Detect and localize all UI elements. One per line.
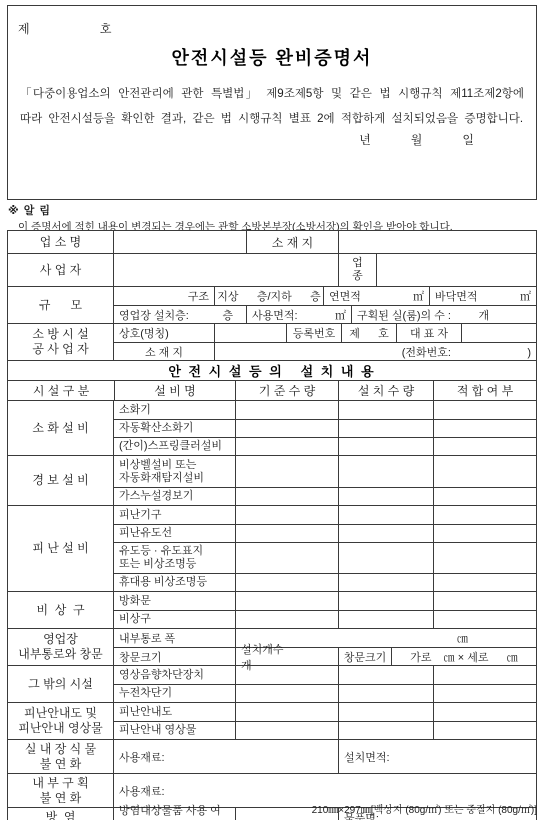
compliance-cell xyxy=(433,685,536,702)
form-title: 안전시설등 완비증명서 xyxy=(8,44,536,70)
registration-number-field: 제 호 xyxy=(341,324,396,342)
window-count-field: 설치개수 개 xyxy=(235,648,338,665)
notice-title: ※ 알 림 xyxy=(8,202,536,218)
use-area-unit: ㎡ xyxy=(335,307,346,323)
installed-qty-cell xyxy=(338,543,433,573)
equipment-name: (간이)스프링클러설비 xyxy=(114,438,235,455)
group-label: 내 부 구 획 불 연 화 xyxy=(8,774,114,807)
equipment-name: 방화문 xyxy=(114,592,235,610)
compliance-cell xyxy=(433,611,536,628)
scale-label: 규 모 xyxy=(8,287,114,323)
compliance-cell xyxy=(433,703,536,721)
installed-qty-cell xyxy=(338,592,433,610)
standard-qty-cell xyxy=(235,543,338,573)
standard-qty-cell xyxy=(235,574,338,591)
interior-material-field: 사용재료: xyxy=(114,740,338,773)
group-label: 그 밖의 시설 xyxy=(8,666,114,702)
floor-area-field: 바닥면적 ㎡ xyxy=(429,287,536,305)
floor-area-label: 바닥면적 xyxy=(435,288,478,304)
compliance-cell xyxy=(433,722,536,739)
flame-use-label: 방염대상물품 사용 여부 xyxy=(114,808,235,820)
column-header-category: 시 설 구 분 xyxy=(8,381,114,400)
standard-qty-cell xyxy=(235,488,338,505)
form-table: 업 소 명 소 재 지 사 업 자 업 종 규 모 구조 지상 xyxy=(7,230,537,820)
group-evacuation-guide: 피난안내도 및 피난안내 영상물 피난안내도 피난안내 영상물 xyxy=(8,702,536,739)
installed-qty-cell xyxy=(338,685,433,702)
equipment-name: 휴대용 비상조명등 xyxy=(114,574,235,591)
venue-floor-field: 영업장 설치층: 층 xyxy=(114,306,246,323)
compliance-cell xyxy=(433,525,536,542)
address-label: 소 재 지 xyxy=(246,231,338,253)
equipment-name: 소화기 xyxy=(114,401,235,419)
representative-field xyxy=(461,324,536,342)
equipment-name: 비상벨설비 또는 자동화재탐지설비 xyxy=(114,456,235,487)
column-header-equipment: 설 비 명 xyxy=(114,381,235,400)
installed-qty-cell xyxy=(338,574,433,591)
installed-qty-cell xyxy=(338,420,433,437)
standard-qty-cell xyxy=(235,506,338,524)
group-emergency-exit: 비 상 구 방화문 비상구 xyxy=(8,591,536,628)
standard-qty-cell xyxy=(235,685,338,702)
use-area-field: 사용면적: ㎡ xyxy=(246,306,351,323)
standard-qty-cell xyxy=(235,722,338,739)
group-alarm: 경 보 설 비 비상벨설비 또는 자동화재탐지설비 가스누설경보기 xyxy=(8,455,536,505)
compliance-cell xyxy=(433,456,536,487)
business-name-label: 업 소 명 xyxy=(8,231,114,253)
passage-width-label: 내부통로 폭 xyxy=(114,629,235,647)
window-size-label-2: 창문크기 xyxy=(338,648,391,665)
equipment-name: 가스누설경보기 xyxy=(114,488,235,505)
group-interior-decoration: 실 내 장 식 물 불 연 화 사용재료: 설치면적: xyxy=(8,739,536,773)
business-type-field xyxy=(376,254,536,286)
standard-qty-cell xyxy=(235,611,338,628)
group-label: 실 내 장 식 물 불 연 화 xyxy=(8,740,114,773)
contractor-name-label: 상호(명칭) xyxy=(114,324,214,342)
compliance-cell xyxy=(433,543,536,573)
business-type-label: 업 종 xyxy=(338,254,376,286)
compliance-cell xyxy=(433,592,536,610)
installed-qty-cell xyxy=(338,456,433,487)
equipment-name: 영상음향차단장치 xyxy=(114,666,235,684)
compliance-cell xyxy=(433,488,536,505)
standard-qty-cell xyxy=(235,703,338,721)
group-label: 피 난 설 비 xyxy=(8,506,114,591)
standard-qty-cell xyxy=(235,592,338,610)
standard-qty-cell xyxy=(235,456,338,487)
window-size-label: 창문크기 xyxy=(114,648,235,665)
compliance-cell xyxy=(433,574,536,591)
business-name-field xyxy=(114,231,246,253)
document-number: 제 호 xyxy=(18,20,113,37)
group-other-facilities: 그 밖의 시설 영상음향차단장치 누전차단기 xyxy=(8,665,536,702)
installed-qty-cell xyxy=(338,703,433,721)
installed-qty-cell xyxy=(338,506,433,524)
column-header-compliance: 적 합 여 부 xyxy=(433,381,536,400)
use-area-label: 사용면적: xyxy=(252,307,298,323)
group-label: 방 염 xyxy=(8,808,114,820)
installed-qty-cell xyxy=(338,722,433,739)
column-header-installed-qty: 설 치 수 량 xyxy=(338,381,433,400)
registration-number-label: 등록번호 xyxy=(286,324,341,342)
installation-section-title: 안 전 시 설 등 의 설 치 내 용 xyxy=(8,360,536,380)
equipment-name: 피난기구 xyxy=(114,506,235,524)
compliance-cell xyxy=(433,506,536,524)
equipment-name: 비상구 xyxy=(114,611,235,628)
installed-qty-cell xyxy=(338,611,433,628)
rooms-field: 구획된 실(룸)의 수 : 개 xyxy=(351,306,536,323)
group-label: 피난안내도 및 피난안내 영상물 xyxy=(8,703,114,739)
standard-qty-cell xyxy=(235,525,338,542)
scale-band: 규 모 구조 지상 층/지하 층 연면적 ㎡ 바닥면적 ㎡ xyxy=(8,286,536,323)
group-label: 영업장 내부통로와 창문 xyxy=(8,629,114,665)
equipment-name: 누전차단기 xyxy=(114,685,235,702)
column-header-standard-qty: 기 준 수 량 xyxy=(235,381,338,400)
group-label: 소 화 설 비 xyxy=(8,401,114,455)
compliance-cell xyxy=(433,666,536,684)
structure-label: 구조 xyxy=(114,287,214,305)
floor-area-unit: ㎡ xyxy=(520,288,531,304)
certificate-box: 제 호 안전시설등 완비증명서 「다중이용업소의 안전관리에 관한 특별법」 제… xyxy=(7,5,537,200)
paper-spec-footer: 210㎜×297㎜[백상지 (80g/㎡) 또는 중질지 (80g/㎡)] xyxy=(312,801,537,816)
address-field xyxy=(338,231,536,253)
equipment-name: 피난유도선 xyxy=(114,525,235,542)
equipment-name: 유도등 · 유도표지 또는 비상조명등 xyxy=(114,543,235,573)
facilities-header-row: 시 설 구 분 설 비 명 기 준 수 량 설 치 수 량 적 합 여 부 xyxy=(8,380,536,400)
compliance-cell xyxy=(433,438,536,455)
equipment-name: 피난안내 영상물 xyxy=(114,722,235,739)
gross-area-field: 연면적 ㎡ xyxy=(323,287,429,305)
owner-field xyxy=(114,254,338,286)
standard-qty-cell xyxy=(235,666,338,684)
compliance-cell xyxy=(433,420,536,437)
contractor-address-label: 소 재 지 xyxy=(114,343,214,360)
business-name-row: 업 소 명 소 재 지 xyxy=(8,231,536,253)
owner-label: 사 업 자 xyxy=(8,254,114,286)
owner-row: 사 업 자 업 종 xyxy=(8,253,536,286)
group-passage-windows: 영업장 내부통로와 창문 내부통로 폭 ㎝ 창문크기 설치개수 개 창문크기 가… xyxy=(8,628,536,665)
group-label: 경 보 설 비 xyxy=(8,456,114,505)
compliance-cell xyxy=(433,401,536,419)
standard-qty-cell xyxy=(235,438,338,455)
contractor-band: 소 방 시 설 공 사 업 자 상호(명칭) 등록번호 제 호 대 표 자 소 … xyxy=(8,323,536,360)
standard-qty-cell xyxy=(235,401,338,419)
gross-area-label: 연면적 xyxy=(329,288,361,304)
installed-qty-cell xyxy=(338,438,433,455)
equipment-name: 자동확산소화기 xyxy=(114,420,235,437)
installed-qty-cell xyxy=(338,401,433,419)
floors-field: 지상 층/지하 층 xyxy=(214,287,323,305)
certificate-statement: 「다중이용업소의 안전관리에 관한 특별법」 제9조제5항 및 같은 법 시행규… xyxy=(20,82,524,132)
window-dimensions-field: 가로 ㎝ × 세로 ㎝ xyxy=(391,648,536,665)
group-fire-extinguishing: 소 화 설 비 소화기 자동확산소화기 (간이)스프링클러설비 xyxy=(8,400,536,455)
interior-area-field: 설치면적: xyxy=(338,740,536,773)
group-evacuation: 피 난 설 비 피난기구 피난유도선 유도등 · 유도표지 또는 비상조명등 xyxy=(8,505,536,591)
installed-qty-cell xyxy=(338,525,433,542)
contractor-name-field xyxy=(214,324,286,342)
standard-qty-cell xyxy=(235,420,338,437)
representative-label: 대 표 자 xyxy=(396,324,461,342)
contractor-address-field: (전화번호: ) xyxy=(214,343,536,360)
equipment-name: 피난안내도 xyxy=(114,703,235,721)
certificate-form-page: 제 호 안전시설등 완비증명서 「다중이용업소의 안전관리에 관한 특별법」 제… xyxy=(0,0,544,820)
date-line: 년 월 일 xyxy=(359,131,474,148)
installed-qty-cell xyxy=(338,488,433,505)
contractor-label: 소 방 시 설 공 사 업 자 xyxy=(8,324,114,360)
gross-area-unit: ㎡ xyxy=(413,288,424,304)
installed-qty-cell xyxy=(338,666,433,684)
group-label: 비 상 구 xyxy=(8,592,114,628)
